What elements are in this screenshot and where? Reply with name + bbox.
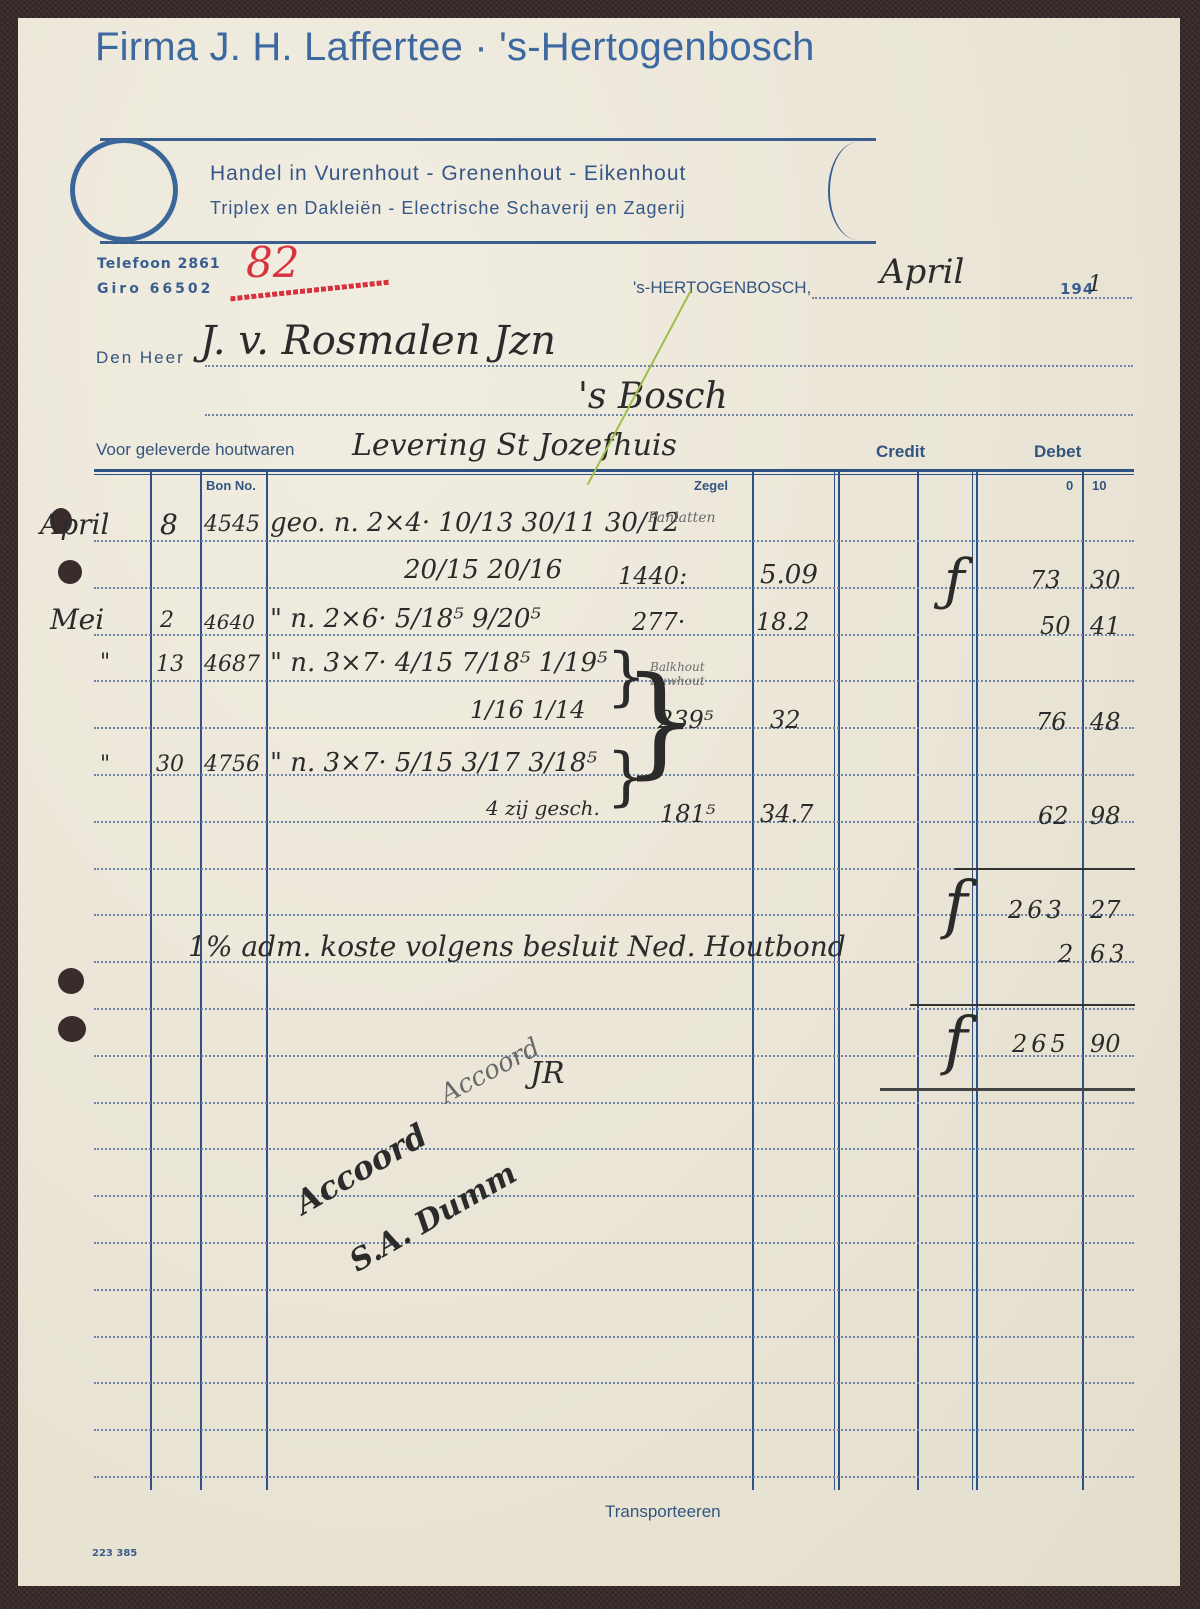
row-1-desc[interactable]: geo. n. 2×4· 10/13 30/11 30/12 — [270, 508, 680, 538]
row-5-debet-cents[interactable]: 48 — [1090, 708, 1121, 736]
giro-number: Giro 66502 — [97, 281, 213, 297]
banner-scroll-end — [828, 142, 888, 240]
ruled-row-line — [94, 1102, 1134, 1104]
row-7-desc[interactable]: 4 zij gesch. — [486, 796, 600, 820]
row-3-bon[interactable]: 4640 — [204, 610, 255, 634]
total-double-rule — [880, 1088, 1135, 1091]
row-3-zegel[interactable]: 18.2 — [756, 608, 809, 636]
row-1-note[interactable]: Panlatten — [648, 510, 716, 526]
row-6-month[interactable]: " — [100, 752, 110, 777]
row-3-desc[interactable]: " n. 2×6· 5/18⁵ 9/20⁵ — [270, 604, 541, 634]
ruled-row-line — [94, 914, 1134, 916]
row-3-qty[interactable]: 277· — [632, 608, 685, 636]
ruled-row-line — [94, 540, 1134, 542]
ruled-row-line — [94, 821, 1134, 823]
row-3-debet-cents[interactable]: 41 — [1090, 612, 1121, 640]
ruled-row-line — [94, 1055, 1134, 1057]
ruled-row-line — [94, 634, 1134, 636]
admin-cost-cents[interactable]: 63 — [1090, 940, 1129, 968]
row-4-month[interactable]: " — [100, 650, 110, 675]
date-year-suffix[interactable]: 1 — [1088, 272, 1102, 297]
debet-header: Debet — [1034, 442, 1081, 462]
row-3-day[interactable]: 2 — [160, 608, 174, 633]
subtotal-cents[interactable]: 27 — [1090, 896, 1121, 924]
addressee-line-1 — [205, 365, 1133, 367]
credit-header: Credit — [876, 442, 925, 462]
banner-circle-logo — [70, 138, 178, 242]
row-7-qty[interactable]: 181⁵ — [660, 800, 715, 828]
row-4-desc[interactable]: " n. 3×7· 4/15 7/18⁵ 1/19⁵ — [270, 648, 607, 678]
debet-sub-10: 10 — [1092, 478, 1106, 493]
bon-no-header: Bon No. — [206, 478, 256, 493]
approval-initials-1[interactable]: JR — [530, 1056, 565, 1091]
ruled-row-line — [94, 1382, 1134, 1384]
tagline-services: Triplex en Dakleiën - Electrische Schave… — [210, 198, 686, 219]
row-1-month[interactable]: April — [40, 508, 109, 541]
subtotal-rule — [955, 868, 1135, 870]
row-6-day[interactable]: 30 — [156, 752, 184, 777]
ruled-row-line — [94, 1429, 1134, 1431]
transporteeren-label: Transporteeren — [605, 1502, 721, 1522]
red-stamp-number: 82 — [246, 238, 299, 287]
row-2-desc[interactable]: 20/15 20/16 — [404, 555, 562, 585]
ruled-row-line — [94, 1195, 1134, 1197]
row-2-zegel[interactable]: 5.09 — [760, 560, 818, 590]
subject-handwritten[interactable]: Levering St Jozefhuis — [352, 428, 677, 463]
subtotal-amount[interactable]: 263 — [1008, 896, 1066, 924]
telefoon-number: Telefoon 2861 — [97, 256, 221, 272]
punch-hole — [58, 1016, 86, 1042]
row-1-bon[interactable]: 4545 — [204, 512, 260, 537]
ruled-row-line — [94, 1289, 1134, 1291]
dateline-place: 's-HERTOGENBOSCH, — [633, 278, 811, 298]
ruled-row-line — [94, 1148, 1134, 1150]
row-7-debet[interactable]: 62 — [1038, 802, 1069, 830]
row-1-day[interactable]: 8 — [160, 508, 178, 541]
ruled-row-line — [94, 587, 1134, 589]
addressee-city[interactable]: 's Bosch — [578, 376, 728, 417]
row-2-debet[interactable]: 73 — [1030, 566, 1061, 594]
admin-cost-note[interactable]: 1% adm. koste volgens besluit Ned. Houtb… — [188, 930, 846, 963]
zegel-header: Zegel — [694, 478, 728, 493]
tagline-woods: Handel in Vurenhout - Grenenhout - Eiken… — [210, 162, 686, 186]
ruled-row-line — [94, 727, 1134, 729]
punch-hole — [58, 560, 82, 584]
row-2-qty[interactable]: 1440: — [618, 562, 687, 590]
row-5-desc[interactable]: 1/16 1/14 — [470, 696, 585, 724]
banner-top-rule — [100, 138, 876, 141]
ruled-row-line — [94, 1008, 1134, 1010]
subtotal-florin-icon: f — [944, 868, 968, 942]
table-header-rule-thin — [94, 474, 1134, 475]
date-month[interactable]: April — [880, 252, 964, 292]
punch-hole — [58, 968, 84, 994]
form-number: 223 385 — [92, 1548, 137, 1559]
row-3-month[interactable]: Mei — [50, 603, 104, 636]
ruled-row-line — [94, 1476, 1134, 1478]
admin-cost-amount[interactable]: 2 — [1058, 940, 1073, 968]
addressee-name[interactable]: J. v. Rosmalen Jzn — [200, 318, 556, 364]
row-5-zegel[interactable]: 32 — [770, 706, 801, 734]
florin-sign-icon: ƒ — [944, 548, 965, 613]
row-2-debet-cents[interactable]: 30 — [1090, 566, 1121, 594]
ruled-row-line — [94, 1336, 1134, 1338]
banner-bottom-rule — [100, 241, 876, 244]
row-4-bon[interactable]: 4687 — [204, 652, 260, 677]
company-title: Firma J. H. Laffertee · 's-Hertogenbosch — [95, 25, 815, 70]
ruled-row-line — [94, 1242, 1134, 1244]
row-6-bon[interactable]: 4756 — [204, 752, 260, 777]
debet-sub-0: 0 — [1066, 478, 1073, 493]
brace-icon: } — [606, 740, 647, 814]
total-florin-icon: f — [944, 1004, 968, 1078]
row-7-debet-cents[interactable]: 98 — [1090, 802, 1121, 830]
total-cents[interactable]: 90 — [1090, 1030, 1121, 1058]
subject-label: Voor geleverde houtwaren — [96, 440, 294, 460]
row-5-debet[interactable]: 76 — [1036, 708, 1067, 736]
row-3-debet[interactable]: 50 — [1040, 612, 1071, 640]
total-amount[interactable]: 265 — [1012, 1030, 1070, 1058]
row-4-day[interactable]: 13 — [156, 652, 184, 677]
row-7-zegel[interactable]: 34.7 — [760, 800, 813, 828]
addressee-label: Den Heer — [96, 348, 185, 368]
table-header-rule — [94, 469, 1134, 472]
row-6-desc[interactable]: " n. 3×7· 5/15 3/17 3/18⁵ — [270, 748, 597, 778]
